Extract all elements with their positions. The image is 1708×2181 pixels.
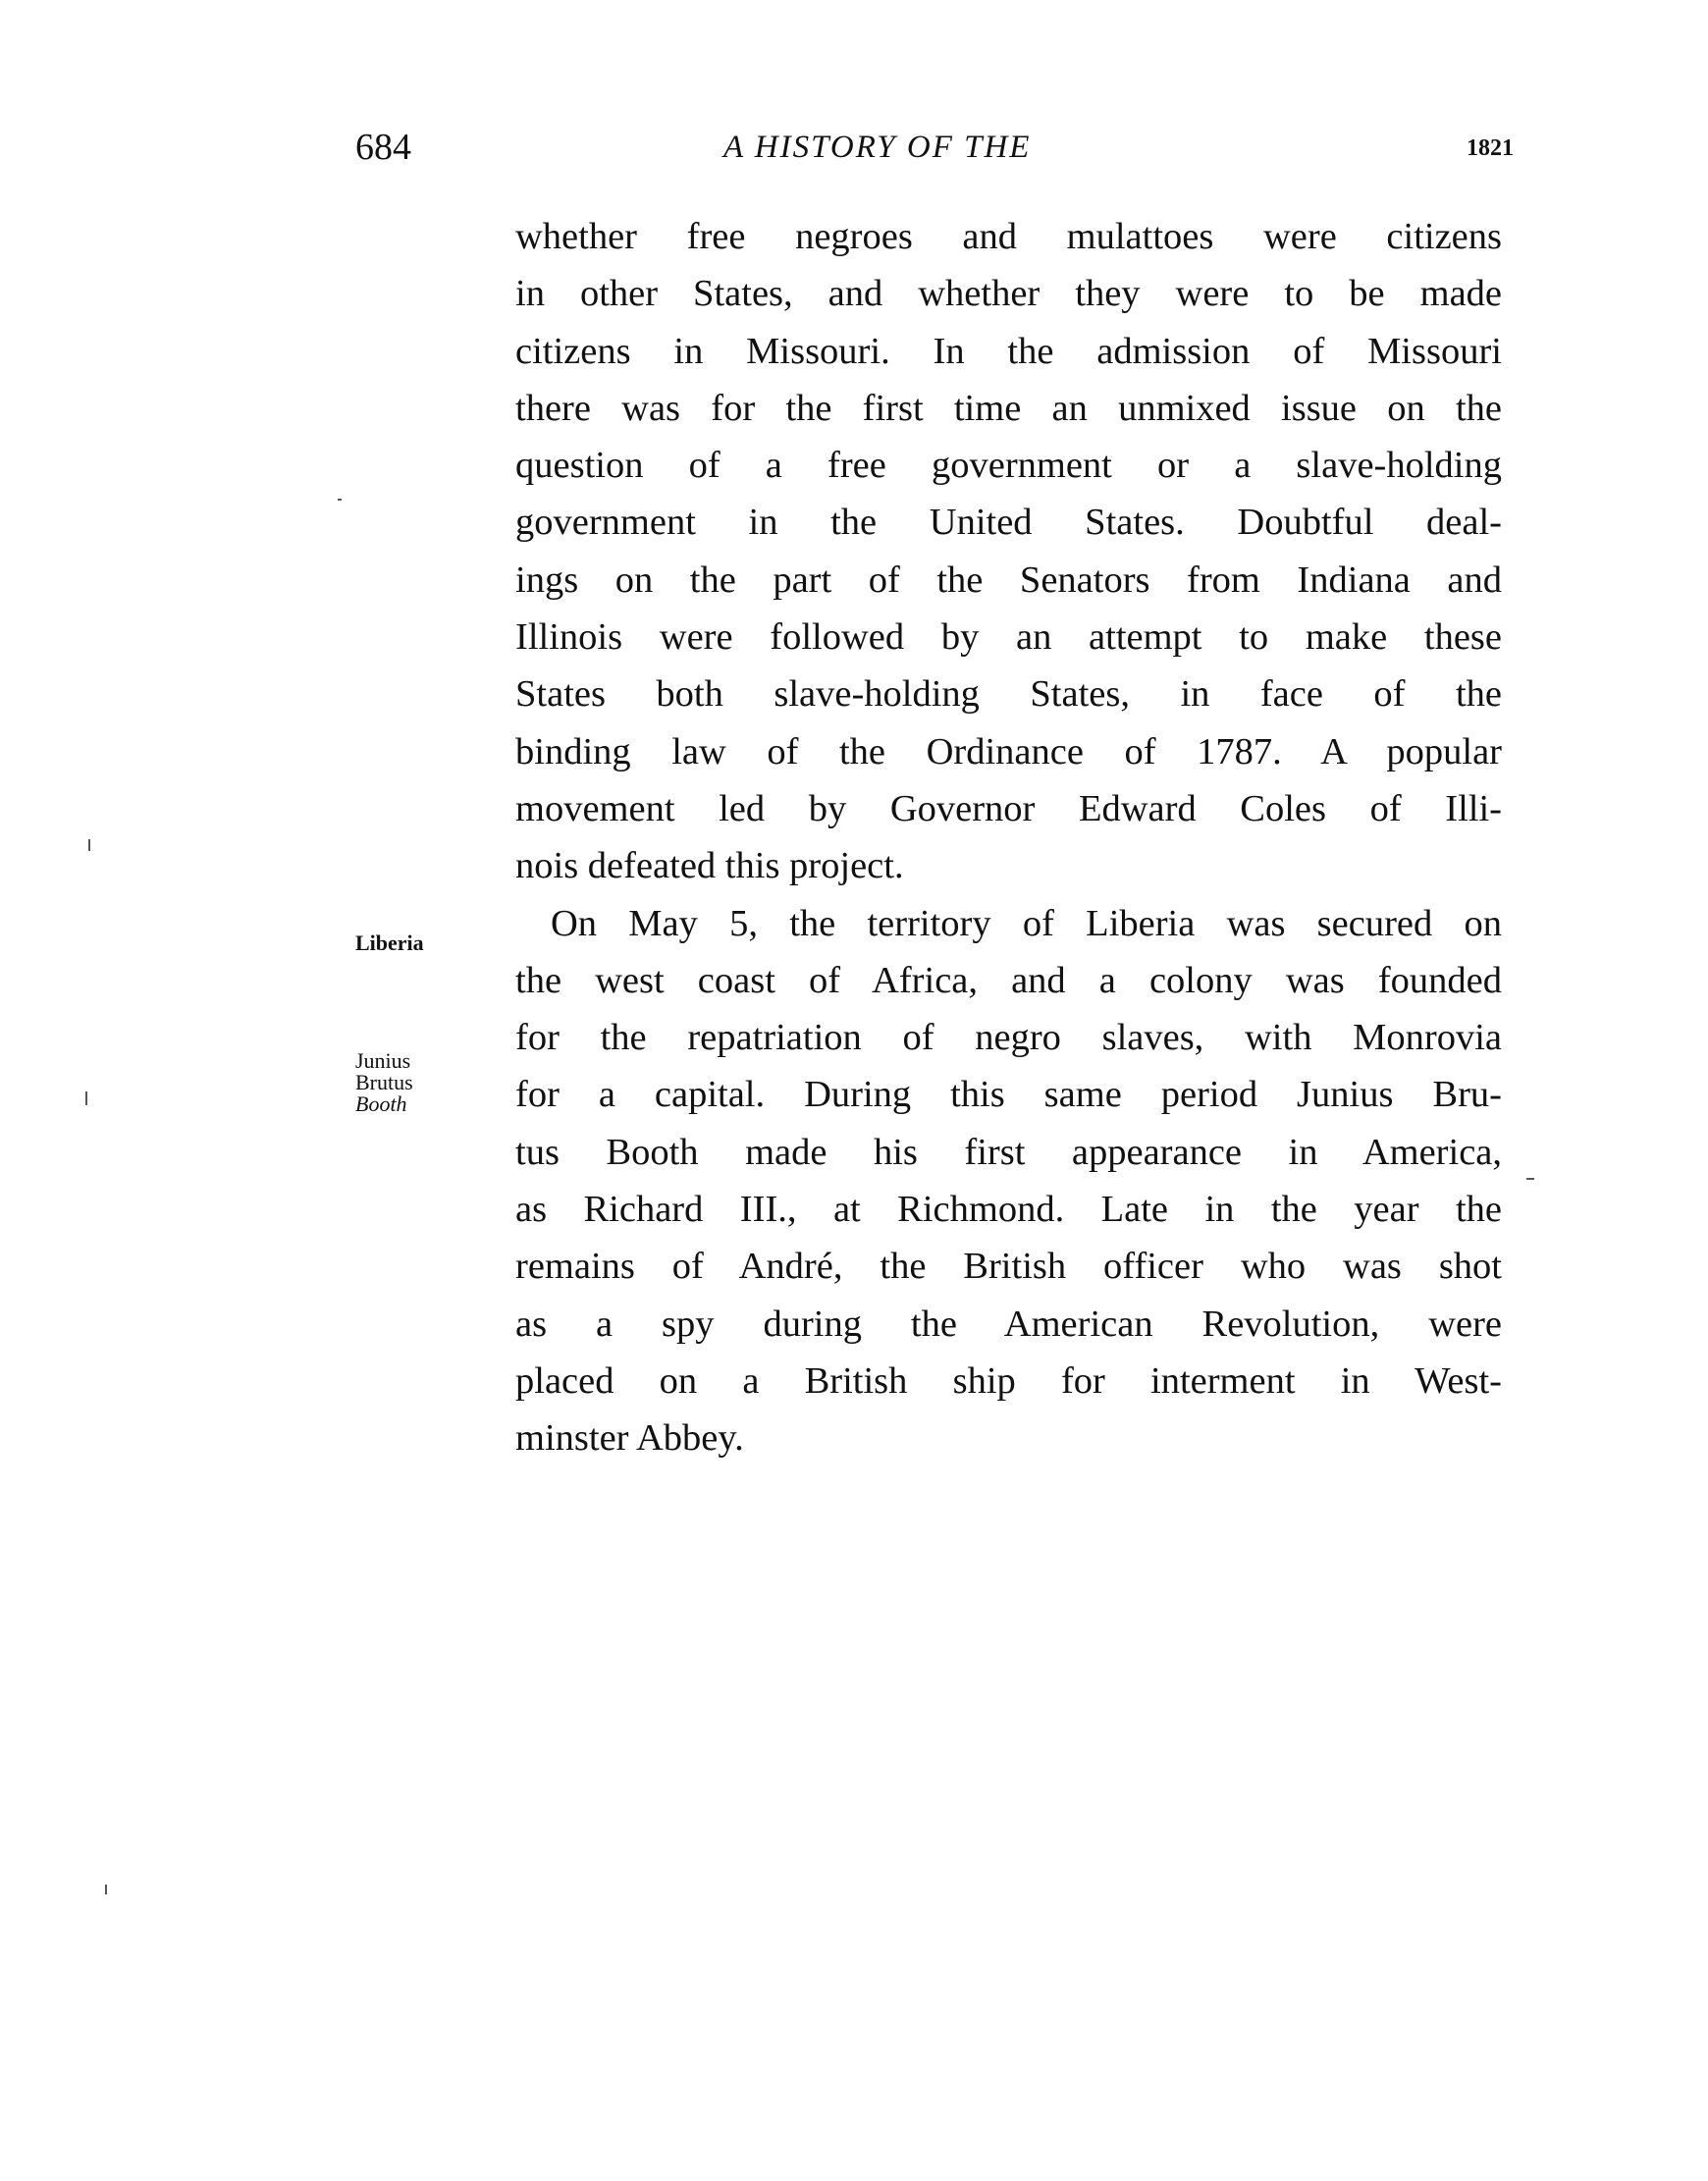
text-line: as a spy during the American Revolution,… [515,1296,1502,1353]
paragraph-2: On May 5, the territory of Liberia was s… [515,895,1502,1467]
text-line: the west coast of Africa, and a colony w… [515,952,1502,1009]
text-line: citizens in Missouri. In the admission o… [515,323,1502,380]
margin-note-line: Booth [355,1093,413,1115]
text-line: for the repatriation of negro slaves, wi… [515,1009,1502,1066]
margin-note-line: Brutus [355,1072,413,1093]
text-line: there was for the first time an unmixed … [515,380,1502,437]
text-line: in other States, and whether they were t… [515,265,1502,322]
running-header: 684 A HISTORY OF THE 1821 [355,126,1514,175]
page-number: 684 [355,126,411,169]
margin-note-line: Junius [355,1050,413,1072]
scan-speck [105,1885,107,1894]
body-text: whether free negroes and mulattoes were … [515,208,1502,1467]
text-line: minster Abbey. [515,1410,1502,1466]
text-line: Illinois were followed by an attempt to … [515,609,1502,665]
text-line: movement led by Governor Edward Coles of… [515,780,1502,837]
text-line: binding law of the Ordinance of 1787. A … [515,723,1502,780]
scan-speck [88,839,90,851]
margin-note-booth: Junius Brutus Booth [355,1050,413,1115]
text-line: nois defeated this project. [515,837,1502,894]
scan-speck [1526,1178,1534,1180]
text-line: whether free negroes and mulattoes were … [515,208,1502,265]
text-line: ings on the part of the Senators from In… [515,552,1502,609]
running-title: A HISTORY OF THE [723,130,1031,166]
text-line: as Richard III., at Richmond. Late in th… [515,1181,1502,1238]
scan-speck [338,499,342,501]
text-line: tus Booth made his first appearance in A… [515,1124,1502,1181]
text-line: remains of André, the British officer wh… [515,1238,1502,1295]
text-line: placed on a British ship for interment i… [515,1353,1502,1410]
text-line: for a capital. During this same period J… [515,1066,1502,1123]
text-line: question of a free government or a slave… [515,437,1502,494]
year-label: 1821 [1467,135,1514,162]
text-line: government in the United States. Doubtfu… [515,494,1502,551]
margin-note-liberia: Liberia [355,932,424,954]
text-line: States both slave-holding States, in fac… [515,665,1502,722]
text-line: On May 5, the territory of Liberia was s… [515,895,1502,952]
paragraph-1: whether free negroes and mulattoes were … [515,208,1502,895]
scan-speck [85,1091,87,1105]
